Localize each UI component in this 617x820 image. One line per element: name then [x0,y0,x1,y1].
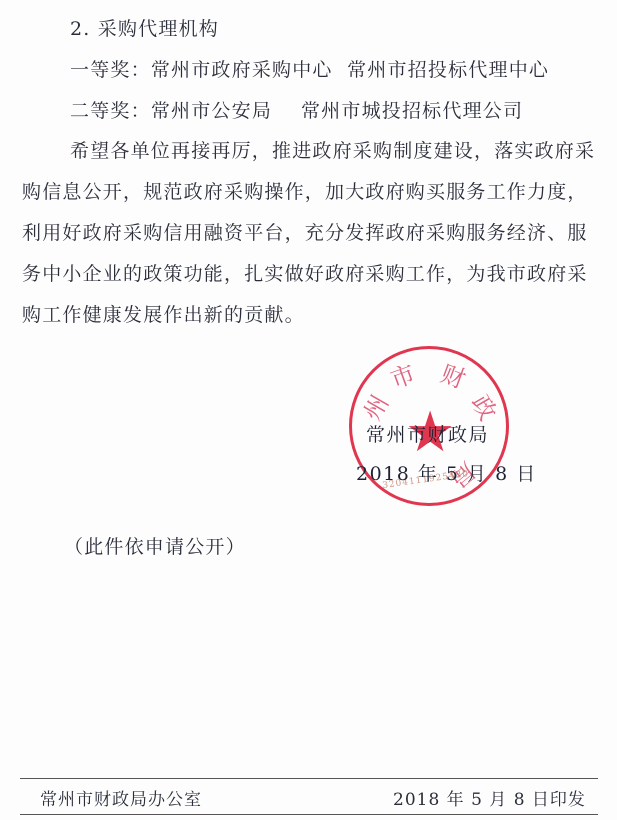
award-label: 二等奖： [70,100,151,122]
paragraph-line: 务中小企业的政策功能，扎实做好政府采购工作，为我市政府采 [22,263,588,285]
award-units: 常州市公安局 常州市城投招标代理公司 [151,100,523,122]
award-units: 常州市政府采购中心 常州市招投标代理中心 [151,59,549,81]
seal-char: 财 [437,354,472,395]
footer-print-date: 2018 年 5 月 8 日印发 [393,785,586,810]
award-label: 一等奖： [70,59,151,81]
paragraph-line: 希望各单位再接再厉，推进政府采购制度建设，落实政府采 [70,140,595,162]
footer-bottom-rule [20,814,598,815]
seal-char: 市 [385,354,420,395]
paragraph-line: 购工作健康发展作出新的贡献。 [22,304,305,326]
signature-date: 2018 年 5 月 8 日 [356,459,537,486]
footer-office: 常州市财政局办公室 [40,785,202,810]
footer-top-rule [20,778,598,779]
paragraph-line: 购信息公开，规范政府采购操作，加大政府购买服务工作力度， [22,181,588,203]
paragraph-line: 利用好政府采购信用融资平台，充分发挥政府采购服务经济、服 [22,222,588,244]
signature-issuer: 常州市财政局 [366,420,489,447]
section-heading: 2. 采购代理机构 [70,18,219,40]
award-first: 一等奖：常州市政府采购中心 常州市招投标代理中心 [70,59,549,81]
disclosure-note: （此件依申请公开） [64,536,246,558]
award-second: 二等奖：常州市公安局 常州市城投招标代理公司 [70,100,523,122]
